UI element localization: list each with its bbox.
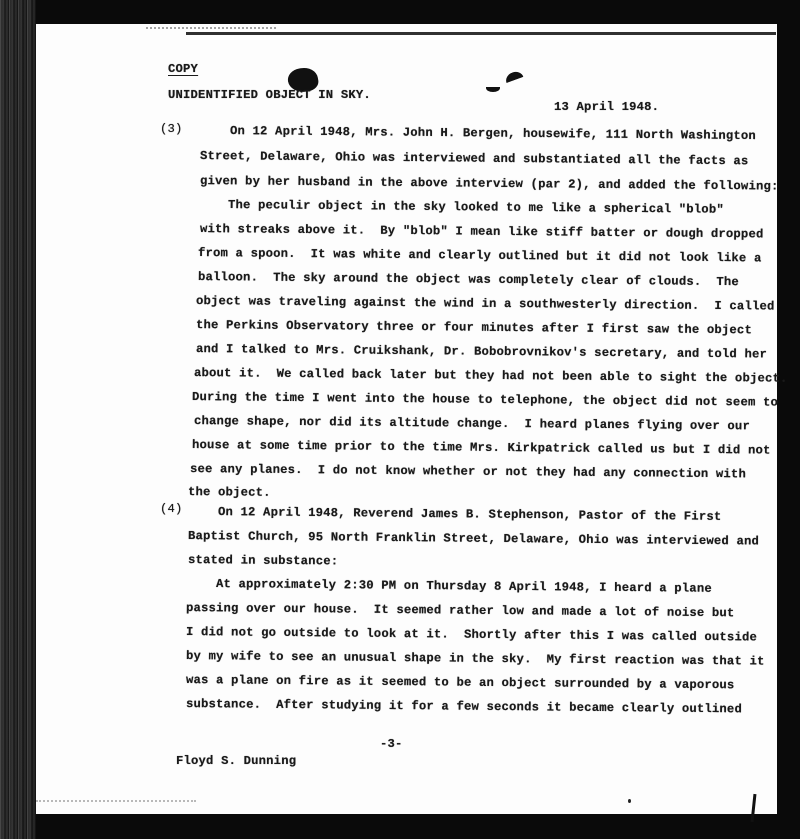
quote-line: object was traveling against the wind in… — [196, 294, 775, 314]
top-edge-artifact — [146, 27, 276, 31]
paragraph-line: On 12 April 1948, Reverend James B. Step… — [218, 505, 722, 524]
quote-line: During the time I went into the house to… — [192, 390, 778, 410]
quote-line: the Perkins Observatory three or four mi… — [196, 318, 752, 337]
paragraph-line: stated in substance: — [188, 553, 338, 568]
document-page: COPY UNIDENTIFIED OBJECT IN SKY. 13 Apri… — [36, 24, 777, 814]
paragraph-line: given by her husband in the above interv… — [200, 174, 779, 194]
scan-speck — [628, 799, 631, 803]
paragraph-line: Street, Delaware, Ohio was interviewed a… — [200, 149, 749, 168]
ink-blot-mark — [504, 69, 526, 90]
quote-line: see any planes. I do not know whether or… — [190, 462, 746, 481]
edge-mark — [751, 794, 757, 822]
ink-blot-mark — [486, 84, 500, 92]
quote-line: balloon. The sky around the object was c… — [198, 270, 739, 289]
copy-label: COPY — [168, 62, 198, 76]
quote-line: The peculir object in the sky looked to … — [228, 198, 724, 217]
paragraph-line: On 12 April 1948, Mrs. John H. Bergen, h… — [230, 124, 756, 143]
quote-line: substance. After studying it for a few s… — [186, 697, 742, 716]
quote-line: with streaks above it. By "blob" I mean … — [200, 222, 764, 241]
paragraph-number: (3) — [160, 122, 183, 136]
quote-line: and I talked to Mrs. Cruikshank, Dr. Bob… — [196, 342, 767, 361]
quote-line: the object. — [188, 485, 271, 500]
document-title: UNIDENTIFIED OBJECT IN SKY. — [168, 88, 371, 102]
quote-line: I did not go outside to look at it. Shor… — [186, 625, 757, 644]
quote-line: house at some time prior to the time Mrs… — [192, 438, 771, 458]
scanned-document-frame: COPY UNIDENTIFIED OBJECT IN SKY. 13 Apri… — [0, 0, 800, 839]
page-number: -3- — [380, 737, 403, 751]
bottom-edge-artifact — [36, 800, 196, 804]
quote-line: about it. We called back later but they … — [194, 366, 788, 386]
quote-line: was a plane on fire as it seemed to be a… — [186, 673, 735, 692]
quote-line: from a spoon. It was white and clearly o… — [198, 246, 762, 265]
paragraph-line: Baptist Church, 95 North Franklin Street… — [188, 529, 759, 548]
paragraph-number: (4) — [160, 502, 183, 516]
top-edge-line — [186, 32, 776, 35]
film-edge-strip — [0, 0, 36, 839]
signature-name: Floyd S. Dunning — [176, 754, 296, 768]
quote-line: passing over our house. It seemed rather… — [186, 601, 735, 620]
quote-line: At approximately 2:30 PM on Thursday 8 A… — [216, 577, 712, 596]
document-date: 13 April 1948. — [554, 100, 659, 114]
quote-line: change shape, nor did its altitude chang… — [194, 414, 750, 433]
quote-line: by my wife to see an unusual shape in th… — [186, 649, 765, 669]
